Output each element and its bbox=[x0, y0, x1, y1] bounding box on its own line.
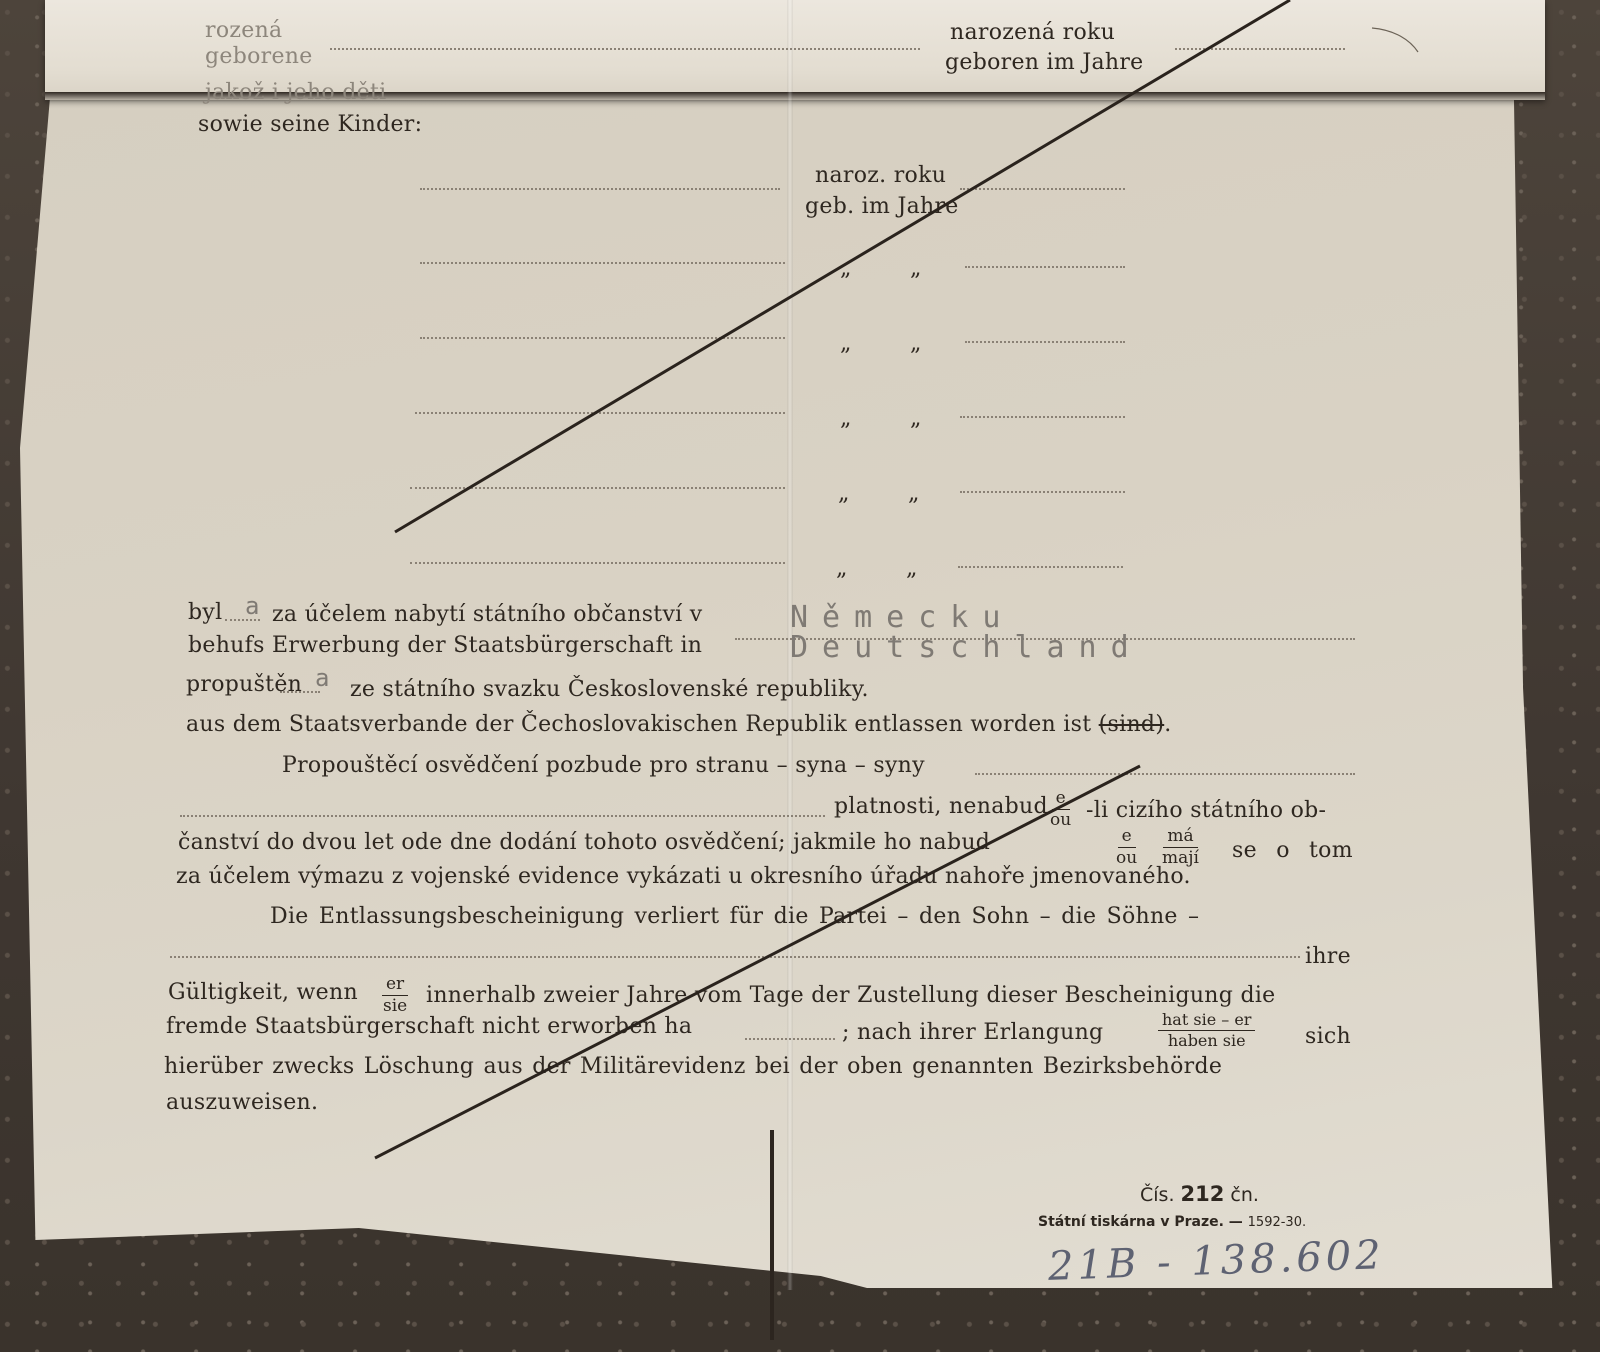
ditto-mark: „ bbox=[838, 483, 850, 505]
spouse-birth-year-field[interactable] bbox=[1175, 48, 1345, 50]
cz-para-line3: čanství do dvou let ode dne dodání tohot… bbox=[178, 832, 990, 854]
child-name-field[interactable] bbox=[420, 188, 780, 190]
de-para-line4-start: fremde Staatsbürgerschaft nicht erworben… bbox=[166, 1016, 692, 1038]
child-name-field[interactable] bbox=[420, 262, 785, 264]
de-para-line5: hierüber zwecks Löschung aus der Militär… bbox=[164, 1056, 1222, 1078]
child-year-field[interactable] bbox=[960, 188, 1125, 190]
party-field-de[interactable] bbox=[170, 956, 1300, 958]
cz-para-line2: platnosti, nenabud bbox=[834, 796, 1048, 818]
fraction-er-sie: ersie bbox=[382, 976, 408, 1015]
release-line-de: behufs Erwerbung der Staatsbürgerschaft … bbox=[188, 635, 702, 657]
period: . bbox=[1164, 712, 1171, 737]
ditto-mark: „ bbox=[910, 408, 922, 430]
paper-tear-bottom bbox=[770, 1130, 774, 1340]
label-spouse-born-de: geboren im Jahre bbox=[945, 52, 1143, 74]
ditto-mark: „ bbox=[836, 558, 848, 580]
release-line-cz-2: ze státního svazku Československé republ… bbox=[350, 679, 869, 701]
child-year-field[interactable] bbox=[958, 566, 1123, 568]
typed-country-de: Deutschland bbox=[790, 630, 1143, 665]
cz-para-line1: Propouštěcí osvědčení pozbude pro stranu… bbox=[282, 755, 925, 777]
ditto-mark: „ bbox=[840, 408, 852, 430]
release-line-de-2: aus dem Staatsverbande der Čechoslovakis… bbox=[186, 714, 1172, 736]
label-children-cz: jakož i jeho děti bbox=[205, 82, 386, 104]
ditto-mark: „ bbox=[910, 258, 922, 280]
label-child-born-cz: naroz. roku bbox=[815, 165, 946, 187]
cz-para-line4: za účelem výmazu z vojenské evidence vyk… bbox=[176, 866, 1191, 888]
label-geborene: geborene bbox=[205, 46, 313, 68]
child-year-field[interactable] bbox=[960, 416, 1125, 418]
cz-para-line2-end: -li cizího státního ob- bbox=[1086, 800, 1326, 822]
child-year-field[interactable] bbox=[960, 491, 1125, 493]
struck-word: (sind) bbox=[1099, 712, 1165, 737]
child-name-field[interactable] bbox=[415, 412, 785, 414]
ditto-mark: „ bbox=[910, 333, 922, 355]
child-year-field[interactable] bbox=[965, 341, 1125, 343]
de-para-line2-end: ihre bbox=[1305, 946, 1351, 968]
child-name-field[interactable] bbox=[410, 487, 785, 489]
de-para-line6: auszuweisen. bbox=[166, 1092, 318, 1114]
child-year-field[interactable] bbox=[965, 266, 1125, 268]
label-children-de: sowie seine Kinder: bbox=[198, 114, 422, 136]
release-line-cz: za účelem nabytí státního občanství v bbox=[272, 604, 703, 626]
ditto-mark: „ bbox=[840, 258, 852, 280]
de-para-line1: Die Entlassungsbescheinigung verliert fü… bbox=[270, 906, 1199, 928]
ditto-mark: „ bbox=[906, 558, 918, 580]
de-para-line3-start: Gültigkeit, wenn bbox=[168, 982, 358, 1004]
label-child-born-de: geb. im Jahre bbox=[805, 196, 959, 218]
fraction-ma-maji: mámají bbox=[1162, 828, 1199, 867]
fraction-hat-haben: hat sie – erhaben sie bbox=[1158, 1012, 1255, 1049]
child-name-field[interactable] bbox=[420, 337, 785, 339]
fraction-e-ou-2: eou bbox=[1116, 828, 1137, 867]
printer-imprint: Státní tiskárna v Praze. — 1592-30. bbox=[1038, 1214, 1306, 1230]
de-para-line4-mid: ; nach ihrer Erlangung bbox=[842, 1022, 1103, 1044]
label-propusten: propuštěn bbox=[186, 674, 302, 696]
cz-para-line3-end: se o tom bbox=[1232, 840, 1353, 862]
ditto-mark: „ bbox=[840, 333, 852, 355]
spouse-name-field[interactable] bbox=[330, 48, 920, 50]
fraction-e-ou: eou bbox=[1050, 790, 1071, 829]
child-name-field[interactable] bbox=[410, 562, 785, 564]
print-code: 1592-30. bbox=[1248, 1215, 1306, 1230]
party-field[interactable] bbox=[975, 773, 1355, 775]
label-rozena: rozená bbox=[205, 20, 282, 42]
release-text-de: aus dem Staatsverbande der Čechoslovakis… bbox=[186, 712, 1091, 737]
form-number: Čís. 212 čn. bbox=[1140, 1182, 1259, 1206]
form-number-value: 212 bbox=[1181, 1182, 1225, 1206]
de-para-line3-end: innerhalb zweier Jahre vom Tage der Zust… bbox=[426, 985, 1275, 1007]
ditto-mark: „ bbox=[908, 483, 920, 505]
label-spouse-born-cz: narozená roku bbox=[950, 22, 1115, 44]
verb-ending-field[interactable] bbox=[745, 1038, 835, 1040]
typed-gender-suffix: a bbox=[315, 664, 329, 692]
label-byl: byl bbox=[188, 602, 222, 624]
de-para-line4-end: sich bbox=[1305, 1026, 1351, 1048]
party-field-cont[interactable] bbox=[180, 815, 825, 817]
typed-gender-suffix: a bbox=[245, 592, 259, 620]
